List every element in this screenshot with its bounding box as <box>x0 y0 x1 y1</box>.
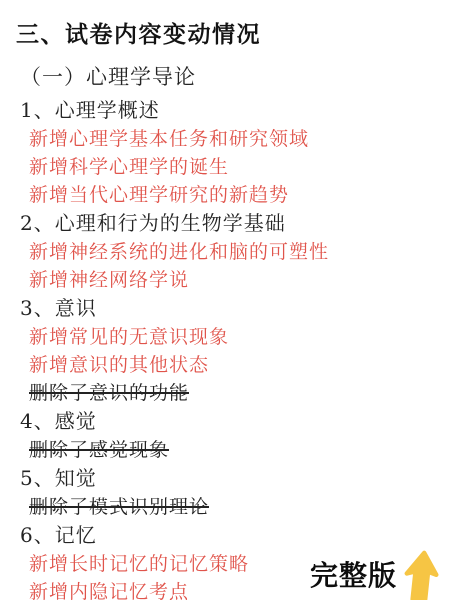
change-item-added: 新增神经网络学说 <box>29 266 449 294</box>
change-item-removed: 删除了意识的功能 <box>29 379 449 407</box>
chapter-label: 6、记忆 <box>20 521 449 550</box>
section-heading: （一）心理学导论 <box>20 62 449 92</box>
watermark-label: 完整版 <box>310 554 397 594</box>
chapter-label: 5、知觉 <box>20 464 449 493</box>
chapter-label: 2、心理和行为的生物学基础 <box>20 209 449 238</box>
change-item-added: 新增意识的其他状态 <box>29 351 449 379</box>
chapter-4: 4、感觉 删除了感觉现象 <box>16 407 449 464</box>
change-item-added: 新增常见的无意识现象 <box>29 323 449 351</box>
up-arrow-icon <box>399 550 443 600</box>
change-item-added: 新增科学心理学的诞生 <box>29 153 449 181</box>
page-title: 三、试卷内容变动情况 <box>16 20 449 50</box>
watermark: 完整版 <box>310 550 443 600</box>
chapter-1: 1、心理学概述 新增心理学基本任务和研究领域 新增科学心理学的诞生 新增当代心理… <box>16 96 449 209</box>
change-item-added: 新增神经系统的进化和脑的可塑性 <box>29 238 449 266</box>
chapter-3: 3、意识 新增常见的无意识现象 新增意识的其他状态 删除了意识的功能 <box>16 294 449 407</box>
chapter-label: 1、心理学概述 <box>20 96 449 125</box>
change-item-removed: 删除了模式识别理论 <box>29 493 449 521</box>
chapter-label: 4、感觉 <box>20 407 449 436</box>
chapter-5: 5、知觉 删除了模式识别理论 <box>16 464 449 521</box>
change-item-added: 新增心理学基本任务和研究领域 <box>29 125 449 153</box>
document-page: 三、试卷内容变动情况 （一）心理学导论 1、心理学概述 新增心理学基本任务和研究… <box>0 0 459 600</box>
chapter-label: 3、意识 <box>20 294 449 323</box>
change-item-removed: 删除了感觉现象 <box>29 436 449 464</box>
chapter-2: 2、心理和行为的生物学基础 新增神经系统的进化和脑的可塑性 新增神经网络学说 <box>16 209 449 294</box>
change-item-added: 新增当代心理学研究的新趋势 <box>29 181 449 209</box>
